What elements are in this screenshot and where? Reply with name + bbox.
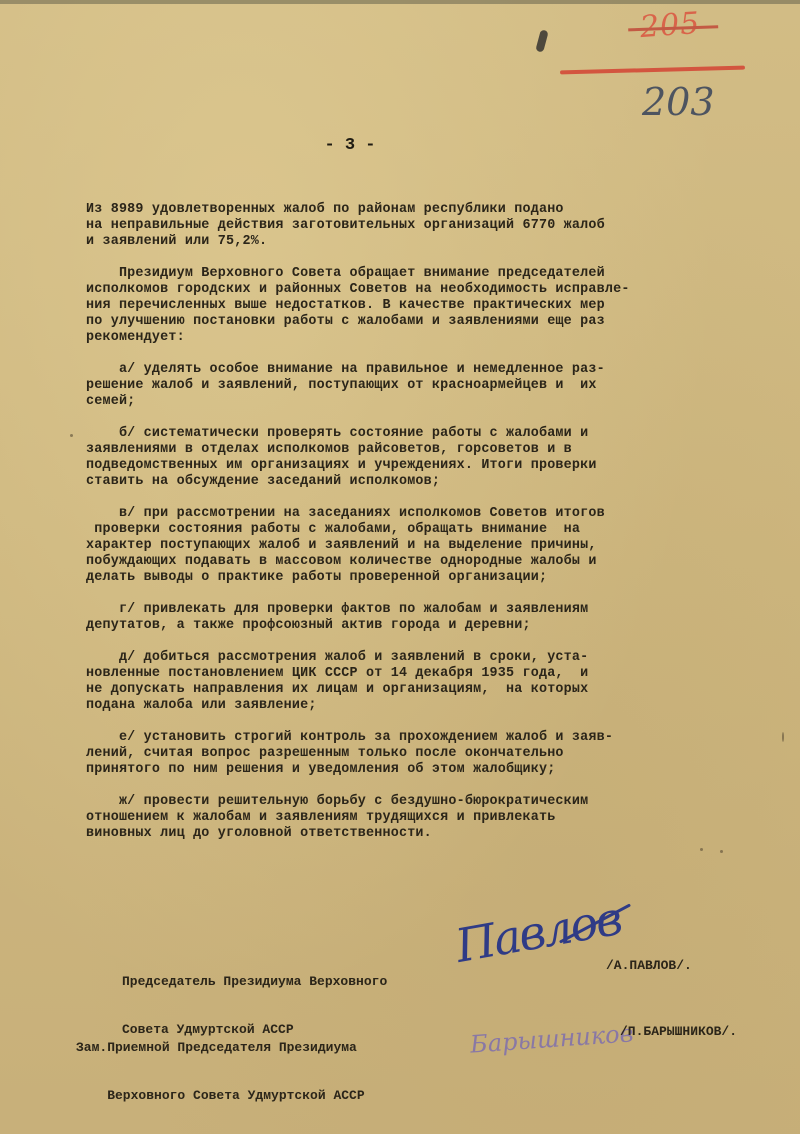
paper-speck (70, 434, 73, 437)
text-line: Из 8989 удовлетворенных жалоб по районам… (86, 202, 746, 218)
paragraph-item-e: е/ установить строгий контроль за прохож… (86, 730, 746, 778)
paragraph-item-a: а/ уделять особое внимание на правильное… (86, 362, 746, 410)
text-line: проверки состояния работы с жалобами, об… (86, 522, 746, 538)
page-number: - 3 - (300, 136, 400, 155)
text-line: и заявлений или 75,2%. (86, 234, 746, 250)
paper-speck (782, 732, 784, 742)
signature-title-line: Зам.Приемной Председателя Президиума (76, 1040, 365, 1056)
document-page: 205 203 - 3 - Из 8989 удовлетворенных жа… (0, 0, 800, 1134)
paragraph-presidium: Президиум Верховного Совета обращает вни… (86, 266, 746, 346)
text-line: г/ привлекать для проверки фактов по жал… (86, 602, 746, 618)
text-line: е/ установить строгий контроль за прохож… (86, 730, 746, 746)
text-line: семей; (86, 394, 746, 410)
text-line: не допускать направления их лицам и орга… (86, 682, 746, 698)
scan-top-edge (0, 0, 800, 4)
signatory-name-deputy: /П.БАРЫШНИКОВ/. (620, 1024, 737, 1039)
text-line: решение жалоб и заявлений, поступающих о… (86, 378, 746, 394)
text-line: рекомендует: (86, 330, 746, 346)
text-line: принятого по ним решения и уведомления о… (86, 762, 746, 778)
text-line: а/ уделять особое внимание на правильное… (86, 362, 746, 378)
text-line: лений, считая вопрос разрешенным только … (86, 746, 746, 762)
paragraph-item-d: д/ добиться рассмотрения жалоб и заявлен… (86, 650, 746, 714)
text-line: виновных лиц до уголовной ответственност… (86, 826, 746, 842)
text-line: в/ при рассмотрении на заседаниях исполк… (86, 506, 746, 522)
text-line: Президиум Верховного Совета обращает вни… (86, 266, 746, 282)
text-line: д/ добиться рассмотрения жалоб и заявлен… (86, 650, 746, 666)
ink-blot (535, 29, 548, 52)
text-line: делать выводы о практике работы проверен… (86, 570, 746, 586)
text-line: характер поступающих жалоб и заявлений и… (86, 538, 746, 554)
struck-folio-number: 205 (639, 6, 702, 45)
paragraph-item-g: г/ привлекать для проверки фактов по жал… (86, 602, 746, 634)
text-line: на неправильные действия заготовительных… (86, 218, 746, 234)
paper-speck (720, 850, 723, 853)
text-line: ния перечисленных выше недостатков. В ка… (86, 298, 746, 314)
signatory-name-chairman: /А.ПАВЛОВ/. (606, 958, 692, 973)
text-line: ставить на обсуждение заседаний исполком… (86, 474, 746, 490)
text-line: побуждающих подавать в массовом количест… (86, 554, 746, 570)
text-line: заявлениями в отделах исполкомов райсове… (86, 442, 746, 458)
paragraph-item-zh: ж/ провести решительную борьбу с бездушн… (86, 794, 746, 842)
paragraph-item-b: б/ систематически проверять состояние ра… (86, 426, 746, 490)
text-line: б/ систематически проверять состояние ра… (86, 426, 746, 442)
paragraph-item-v: в/ при рассмотрении на заседаниях исполк… (86, 506, 746, 586)
text-line: подана жалоба или заявление; (86, 698, 746, 714)
document-body: Из 8989 удовлетворенных жалоб по районам… (86, 202, 746, 858)
text-line: отношением к жалобам и заявлениям трудящ… (86, 810, 746, 826)
folio-number: 203 (642, 80, 715, 124)
text-line: ж/ провести решительную борьбу с бездушн… (86, 794, 746, 810)
handwritten-signature-deputy: Барышников (469, 1019, 634, 1058)
text-line: новленные постановлением ЦИК СССР от 14 … (86, 666, 746, 682)
signature-title-line: Председатель Президиума Верховного (122, 974, 387, 990)
signature-title-line: Верховного Совета Удмуртской АССР (76, 1088, 365, 1104)
text-line: по улучшению постановки работы с жалобам… (86, 314, 746, 330)
text-line: подведомственных им организациях и учреж… (86, 458, 746, 474)
handwritten-signature-chairman: Павлов (452, 891, 625, 973)
paragraph-intro: Из 8989 удовлетворенных жалоб по районам… (86, 202, 746, 250)
signature-title-deputy: Зам.Приемной Председателя Президиума Вер… (76, 1008, 365, 1134)
text-line: депутатов, а также профсоюзный актив гор… (86, 618, 746, 634)
paper-speck (700, 848, 703, 851)
red-pencil-rule (560, 66, 745, 75)
text-line: исполкомов городских и районных Советов … (86, 282, 746, 298)
